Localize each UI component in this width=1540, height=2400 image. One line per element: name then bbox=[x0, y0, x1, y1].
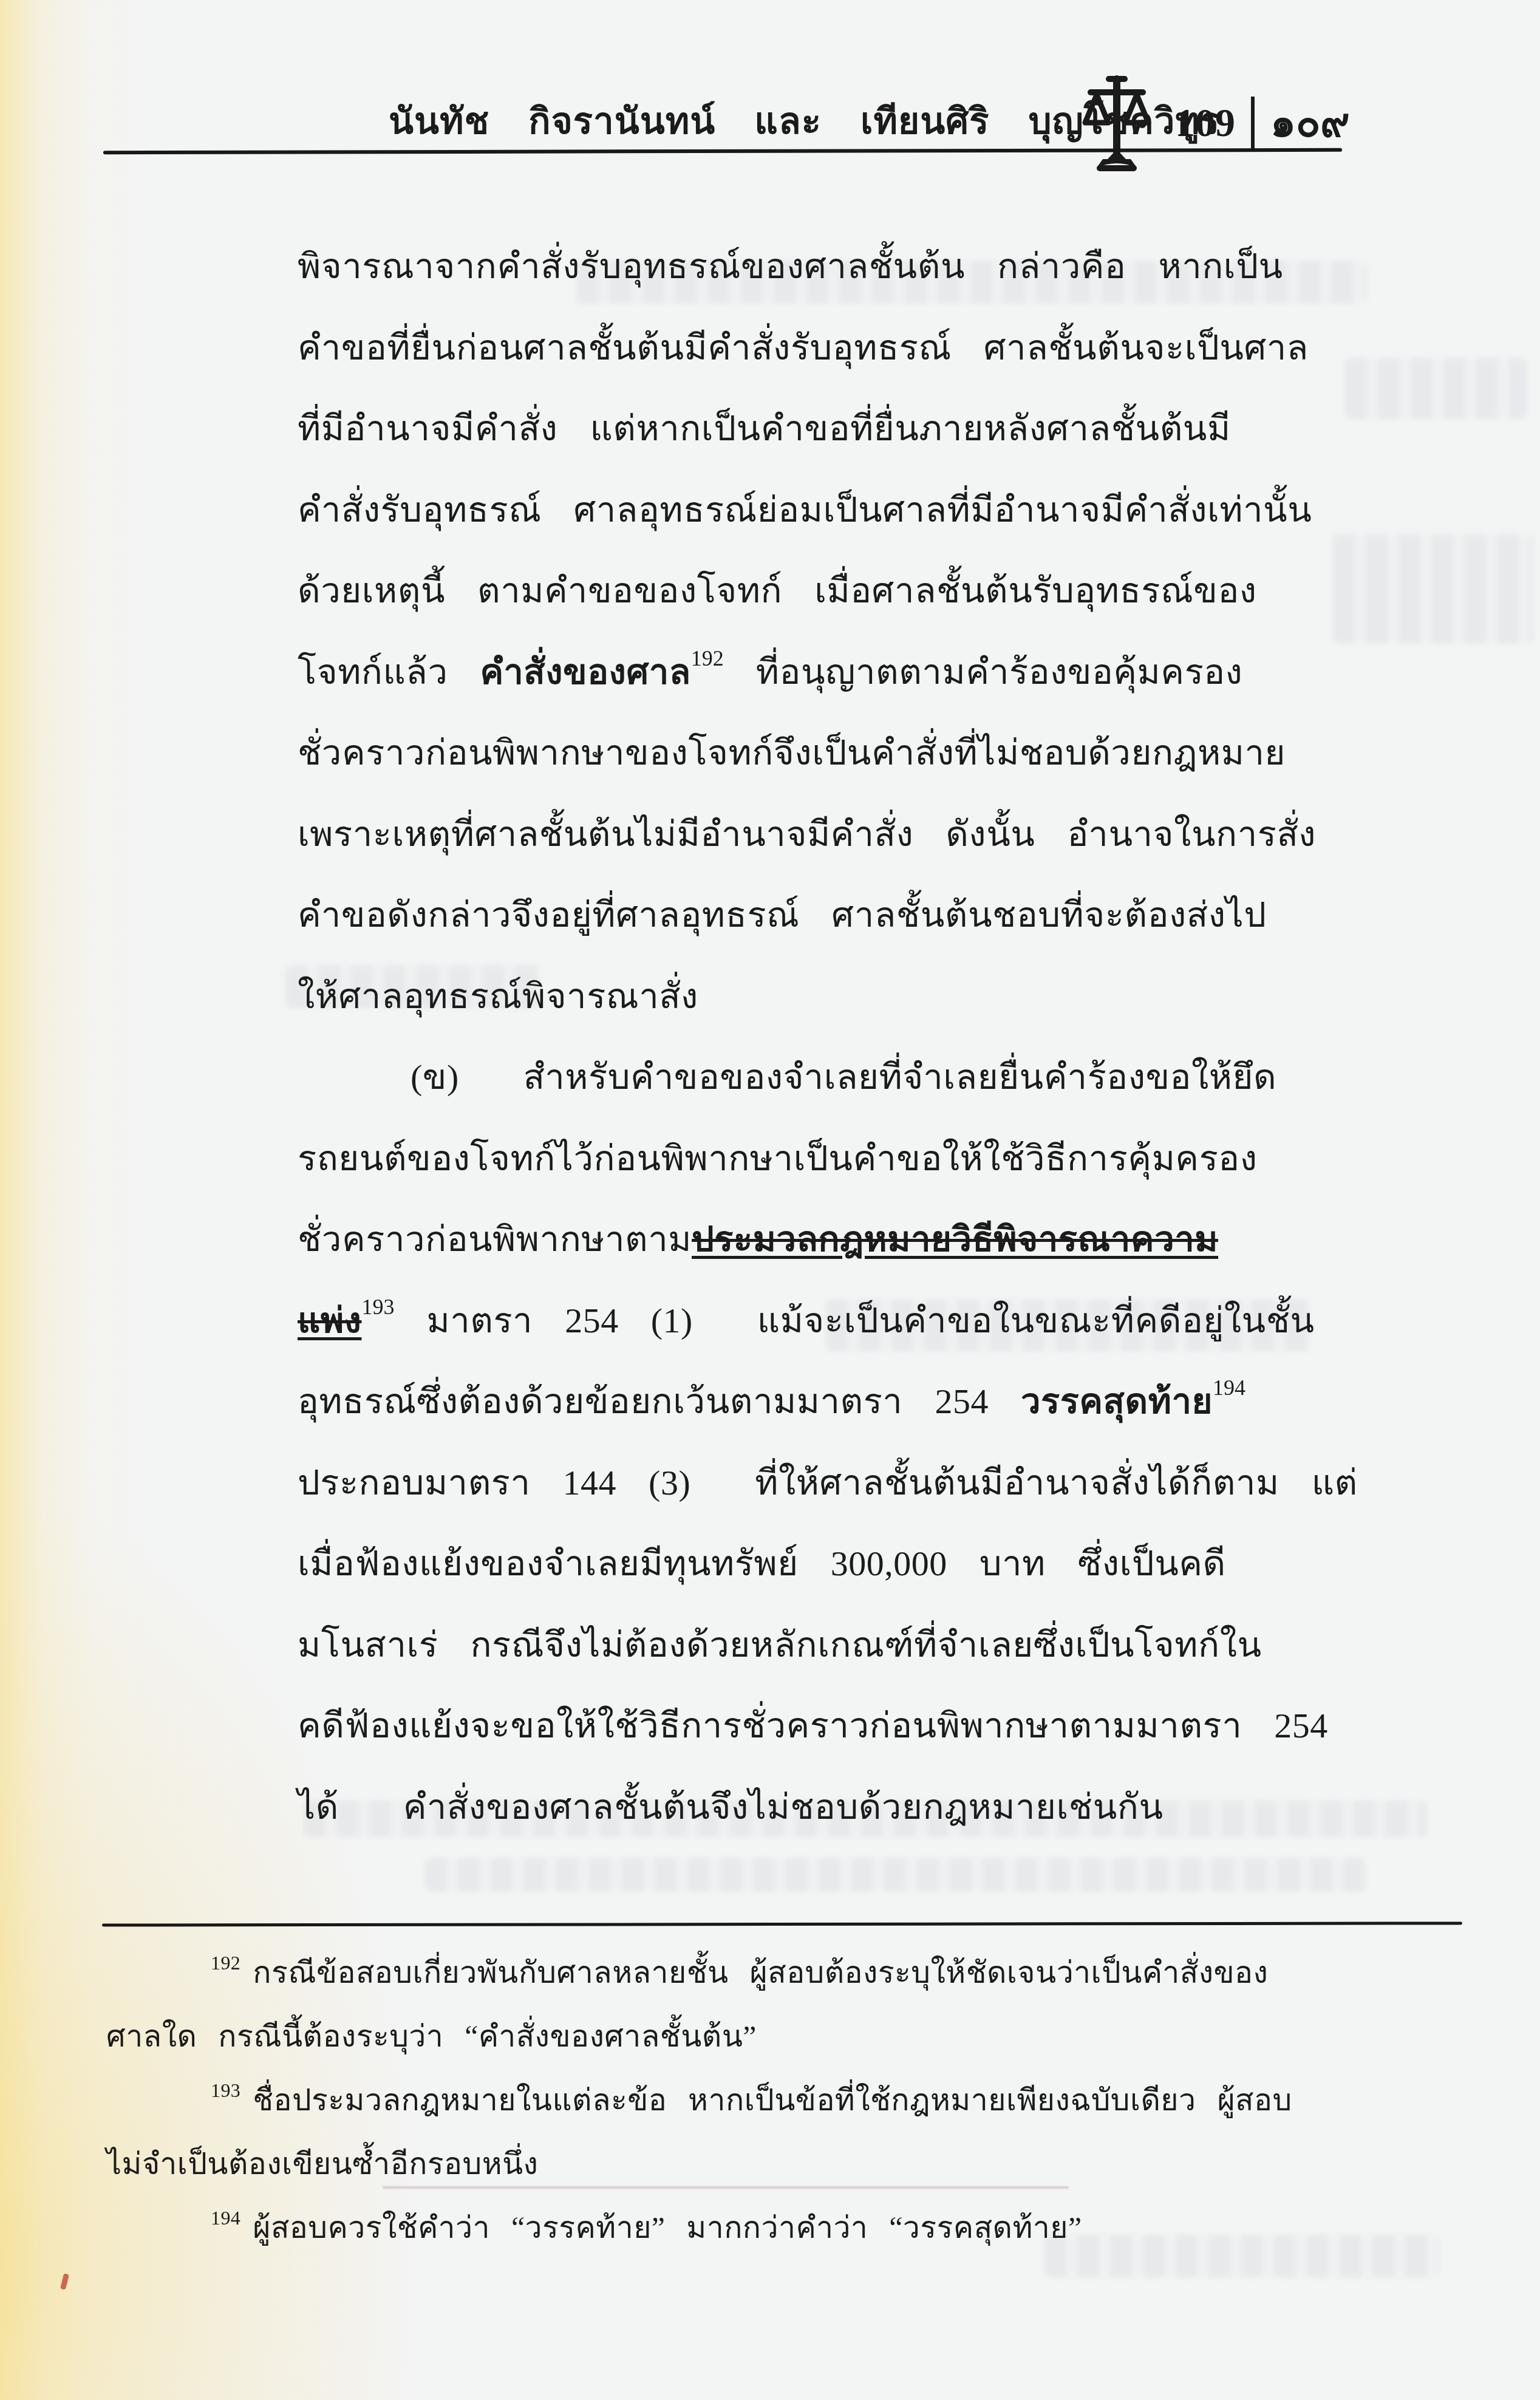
text-segment: โจทก์แล้ว bbox=[298, 652, 480, 692]
text-segment: รถยนต์ของโจทก์ไว้ก่อนพิพากษาเป็นคำขอให้ใ… bbox=[298, 1139, 1257, 1178]
text-segment: คำสั่งรับอุทธรณ์ ศาลอุทธรณ์ย่อมเป็นศาลที… bbox=[298, 490, 1312, 530]
body-line: ที่มีอำนาจมีคำสั่ง แต่หากเป็นคำขอที่ยื่น… bbox=[298, 388, 1342, 469]
footnote-number: 192 bbox=[211, 1952, 240, 1974]
body-line: อุทธรณ์ซึ่งต้องด้วยข้อยกเว้นตามมาตรา 254… bbox=[298, 1361, 1342, 1442]
body-line: พิจารณาจากคำสั่งรับอุทธรณ์ของศาลชั้นต้น … bbox=[298, 226, 1342, 307]
text-segment: มโนสาเร่ กรณีจึงไม่ต้องด้วยหลักเกณฑ์ที่จ… bbox=[298, 1625, 1262, 1665]
footnote-line: 194ผู้สอบควรใช้คำว่า “วรรคท้าย” มากกว่าค… bbox=[106, 2196, 1503, 2260]
bold-text: วรรคสุดท้าย bbox=[1021, 1382, 1213, 1421]
body-line: คดีฟ้องแย้งจะขอให้ใช้วิธีการชั่วคราวก่อน… bbox=[298, 1685, 1342, 1767]
text-segment: ประกอบมาตรา 144 (3) ที่ให้ศาลชั้นต้นมีอำ… bbox=[298, 1463, 1358, 1502]
body-line: โจทก์แล้ว คำสั่งของศาล192 ที่อนุญาตตามคำ… bbox=[298, 632, 1342, 713]
footnote-line: ไม่จำเป็นต้องเขียนซ้ำอีกรอบหนึ่ง bbox=[106, 2132, 1503, 2196]
body-line: ได้ คำสั่งของศาลชั้นต้นจึงไม่ชอบด้วยกฎหม… bbox=[298, 1767, 1342, 1848]
text-segment: คำขอดังกล่าวจึงอยู่ที่ศาลอุทธรณ์ ศาลชั้น… bbox=[298, 895, 1267, 935]
body-line: เพราะเหตุที่ศาลชั้นต้นไม่มีอำนาจมีคำสั่ง… bbox=[298, 794, 1342, 875]
body-line: (ข) สำหรับคำขอของจำเลยที่จำเลยยื่นคำร้อง… bbox=[298, 1037, 1342, 1118]
footnote-text: กรณีข้อสอบเกี่ยวพันกับศาลหลายชั้น ผู้สอบ… bbox=[253, 1955, 1268, 1989]
struck-bold-text: แพ่ง bbox=[298, 1301, 361, 1340]
footnote-reference: 193 bbox=[361, 1295, 394, 1319]
page-number-divider-bar bbox=[1251, 97, 1255, 150]
footnote-line: ศาลใด กรณีนี้ต้องระบุว่า “คำสั่งของศาลชั… bbox=[106, 2005, 1503, 2068]
page-number-arabic: 109 bbox=[1175, 100, 1235, 146]
text-segment: เมื่อฟ้องแย้งของจำเลยมีทุนทรัพย์ 300,000… bbox=[298, 1544, 1226, 1583]
text-segment: ชั่วคราวก่อนพิพากษาตาม bbox=[298, 1219, 692, 1259]
body-line: ชั่วคราวก่อนพิพากษาของโจทก์จึงเป็นคำสั่ง… bbox=[298, 712, 1342, 794]
text-segment: ได้ คำสั่งของศาลชั้นต้นจึงไม่ชอบด้วยกฎหม… bbox=[298, 1787, 1164, 1827]
footnote-line: 193ชื่อประมวลกฎหมายในแต่ละข้อ หากเป็นข้อ… bbox=[106, 2068, 1503, 2132]
footnote-text: ไม่จำเป็นต้องเขียนซ้ำอีกรอบหนึ่ง bbox=[106, 2147, 538, 2181]
footnote-text: ศาลใด กรณีนี้ต้องระบุว่า “คำสั่งของศาลชั… bbox=[106, 2019, 757, 2053]
bold-text: คำสั่งของศาล bbox=[480, 652, 690, 692]
body-line: เมื่อฟ้องแย้งของจำเลยมีทุนทรัพย์ 300,000… bbox=[298, 1523, 1342, 1604]
page-numbers: 109 ๑๐๙ bbox=[1175, 91, 1350, 155]
page-number-thai: ๑๐๙ bbox=[1270, 91, 1350, 155]
footnote-text: ชื่อประมวลกฎหมายในแต่ละข้อ หากเป็นข้อที่… bbox=[253, 2083, 1292, 2117]
text-segment: อุทธรณ์ซึ่งต้องด้วยข้อยกเว้นตามมาตรา 254 bbox=[298, 1382, 1021, 1421]
text-segment: (ข) สำหรับคำขอของจำเลยที่จำเลยยื่นคำร้อง… bbox=[411, 1057, 1276, 1097]
body-line: คำขอดังกล่าวจึงอยู่ที่ศาลอุทธรณ์ ศาลชั้น… bbox=[298, 874, 1342, 956]
footnote-number: 193 bbox=[211, 2079, 240, 2101]
body-line: รถยนต์ของโจทก์ไว้ก่อนพิพากษาเป็นคำขอให้ใ… bbox=[298, 1118, 1342, 1199]
scanned-book-page: นันทัช กิจรานันทน์ และ เทียนศิริ บุญโชคว… bbox=[0, 0, 1540, 2400]
footnote-separator-rule bbox=[102, 1921, 1462, 1926]
header-rule bbox=[103, 148, 1342, 154]
text-segment: ให้ศาลอุทธรณ์พิจารณาสั่ง bbox=[298, 977, 698, 1016]
footnotes: 192กรณีข้อสอบเกี่ยวพันกับศาลหลายชั้น ผู้… bbox=[106, 1941, 1503, 2260]
footnote-reference: 192 bbox=[691, 646, 724, 670]
body-line: มโนสาเร่ กรณีจึงไม่ต้องด้วยหลักเกณฑ์ที่จ… bbox=[298, 1604, 1342, 1686]
body-line: คำสั่งรับอุทธรณ์ ศาลอุทธรณ์ย่อมเป็นศาลที… bbox=[298, 469, 1342, 551]
text-segment: ชั่วคราวก่อนพิพากษาของโจทก์จึงเป็นคำสั่ง… bbox=[298, 733, 1286, 772]
body-line: แพ่ง193 มาตรา 254 (1) แม้จะเป็นคำขอในขณะ… bbox=[298, 1280, 1342, 1362]
body-line: ชั่วคราวก่อนพิพากษาตามประมวลกฎหมายวิธีพิ… bbox=[298, 1199, 1342, 1280]
body-line: ด้วยเหตุนี้ ตามคำขอของโจทก์ เมื่อศาลชั้น… bbox=[298, 550, 1342, 632]
text-segment: มาตรา 254 (1) แม้จะเป็นคำขอในขณะที่คดีอย… bbox=[394, 1301, 1314, 1340]
struck-bold-text: ประมวลกฎหมายวิธีพิจารณาความ bbox=[692, 1219, 1218, 1259]
footnote-line: 192กรณีข้อสอบเกี่ยวพันกับศาลหลายชั้น ผู้… bbox=[106, 1941, 1503, 2005]
body-line: คำขอที่ยื่นก่อนศาลชั้นต้นมีคำสั่งรับอุทธ… bbox=[298, 307, 1342, 389]
scales-of-justice-icon bbox=[1080, 72, 1154, 177]
text-segment: คำขอที่ยื่นก่อนศาลชั้นต้นมีคำสั่งรับอุทธ… bbox=[298, 328, 1309, 367]
footnote-number: 194 bbox=[211, 2207, 240, 2229]
body-line: ให้ศาลอุทธรณ์พิจารณาสั่ง bbox=[298, 956, 1342, 1037]
body-text: พิจารณาจากคำสั่งรับอุทธรณ์ของศาลชั้นต้น … bbox=[298, 226, 1342, 1847]
text-segment: คดีฟ้องแย้งจะขอให้ใช้วิธีการชั่วคราวก่อน… bbox=[298, 1706, 1328, 1745]
text-segment: พิจารณาจากคำสั่งรับอุทธรณ์ของศาลชั้นต้น … bbox=[298, 247, 1283, 286]
text-segment: ที่อนุญาตตามคำร้องขอคุ้มครอง bbox=[724, 652, 1243, 692]
text-segment: ด้วยเหตุนี้ ตามคำขอของโจทก์ เมื่อศาลชั้น… bbox=[298, 571, 1257, 610]
text-segment: เพราะเหตุที่ศาลชั้นต้นไม่มีอำนาจมีคำสั่ง… bbox=[298, 814, 1316, 854]
footnote-reference: 194 bbox=[1213, 1376, 1245, 1400]
body-line: ประกอบมาตรา 144 (3) ที่ให้ศาลชั้นต้นมีอำ… bbox=[298, 1442, 1342, 1524]
footnote-text: ผู้สอบควรใช้คำว่า “วรรคท้าย” มากกว่าคำว่… bbox=[253, 2211, 1082, 2245]
text-segment: ที่มีอำนาจมีคำสั่ง แต่หากเป็นคำขอที่ยื่น… bbox=[298, 409, 1231, 448]
